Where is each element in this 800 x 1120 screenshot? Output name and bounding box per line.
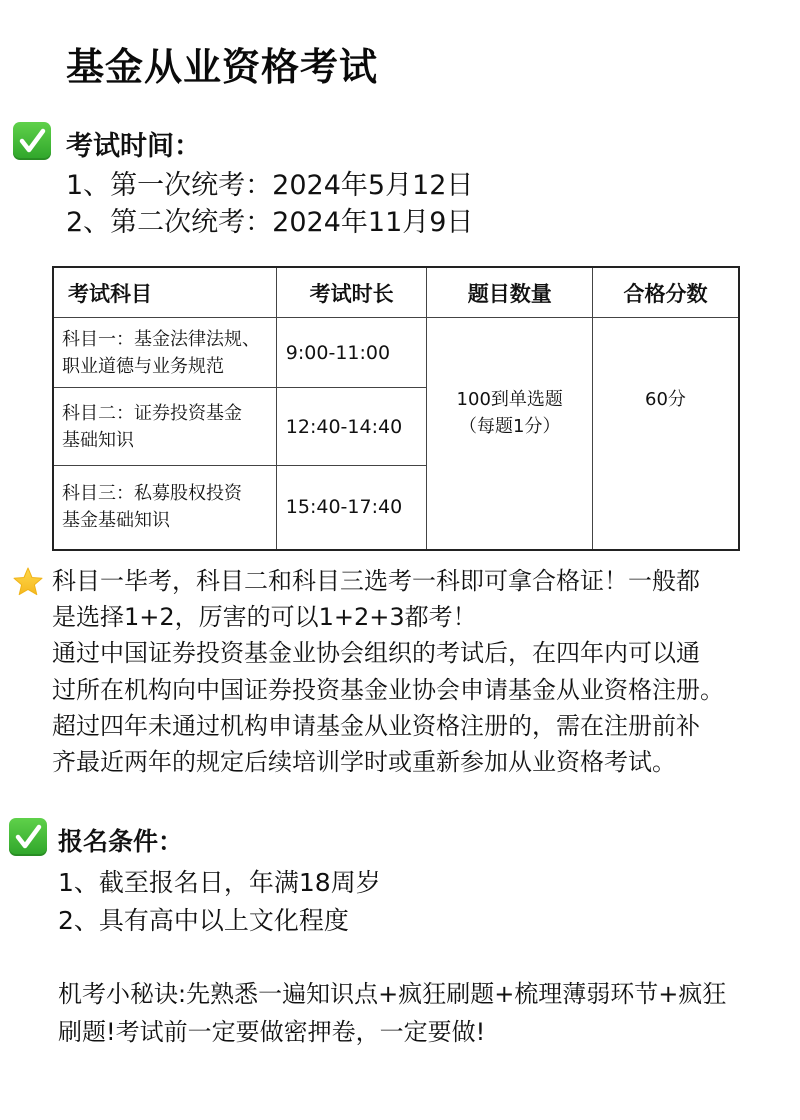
star-icon: [12, 566, 44, 598]
exam-subjects-table: 考试科目 考试时长 题目数量 合格分数 科目一：基金法律法规、 职业道德与业务规…: [52, 266, 740, 551]
subject-cell: 科目一：基金法律法规、 职业道德与业务规范: [53, 318, 276, 388]
subject-cell: 科目三：私募股权投资 基金基础知识: [53, 466, 276, 550]
header-question-count: 题目数量: [427, 267, 592, 318]
subject-line: 科目一：基金法律法规、: [62, 326, 276, 353]
subject-line: 基金基础知识: [62, 507, 276, 534]
question-count-line: 100到单选题: [427, 386, 591, 413]
requirement-1: 1、截至报名日，年满18周岁: [58, 863, 381, 899]
table-header-row: 考试科目 考试时长 题目数量 合格分数: [53, 267, 739, 318]
notes-line: 超过四年未通过机构申请基金从业资格注册的，需在注册前补: [52, 708, 792, 744]
header-pass-score: 合格分数: [592, 267, 739, 318]
time-cell: 15:40-17:40: [276, 466, 427, 550]
exam-time-heading: 考试时间：: [66, 124, 201, 163]
subject-cell: 科目二：证券投资基金 基础知识: [53, 388, 276, 466]
header-subject: 考试科目: [53, 267, 276, 318]
subject-line: 职业道德与业务规范: [62, 353, 276, 380]
requirement-2: 2、具有高中以上文化程度: [58, 901, 349, 937]
question-count-cell: 100到单选题 （每题1分）: [427, 318, 592, 550]
exam-date-2: 2、第二次统考：2024年11月9日: [66, 200, 473, 239]
notes-line: 科目一毕考，科目二和科目三选考一科即可拿合格证！一般都: [52, 563, 792, 599]
notes-line: 齐最近两年的规定后续培训学时或重新参加从业资格考试。: [52, 744, 792, 780]
notes-paragraph: 科目一毕考，科目二和科目三选考一科即可拿合格证！一般都 是选择1+2，厉害的可以…: [52, 563, 792, 780]
notes-line: 过所在机构向中国证券投资基金业协会申请基金从业资格注册。: [52, 672, 792, 708]
notes-line: 通过中国证券投资基金业协会组织的考试后，在四年内可以通: [52, 635, 792, 671]
time-cell: 12:40-14:40: [276, 388, 427, 466]
exam-tip: 机考小秘诀:先熟悉一遍知识点+疯狂刷题+梳理薄弱环节+疯狂 刷题!考试前一定要做…: [58, 975, 726, 1051]
time-cell: 9:00-11:00: [276, 318, 427, 388]
notes-line: 是选择1+2，厉害的可以1+2+3都考！: [52, 599, 792, 635]
subject-line: 科目二：证券投资基金: [62, 400, 276, 427]
exam-date-1: 1、第一次统考：2024年5月12日: [66, 163, 473, 202]
header-duration: 考试时长: [276, 267, 427, 318]
subject-line: 科目三：私募股权投资: [62, 480, 276, 507]
table-row: 科目一：基金法律法规、 职业道德与业务规范 9:00-11:00 100到单选题…: [53, 318, 739, 388]
question-count-line: （每题1分）: [427, 413, 591, 440]
tip-line: 机考小秘诀:先熟悉一遍知识点+疯狂刷题+梳理薄弱环节+疯狂: [58, 975, 726, 1013]
check-mark-button-icon: [13, 122, 51, 160]
requirements-heading: 报名条件：: [58, 822, 183, 858]
pass-score-cell: 60分: [592, 318, 739, 550]
page-title: 基金从业资格考试: [66, 36, 378, 91]
check-mark-button-icon: [9, 818, 47, 856]
subject-line: 基础知识: [62, 427, 276, 454]
tip-line: 刷题!考试前一定要做密押卷，一定要做!: [58, 1013, 726, 1051]
